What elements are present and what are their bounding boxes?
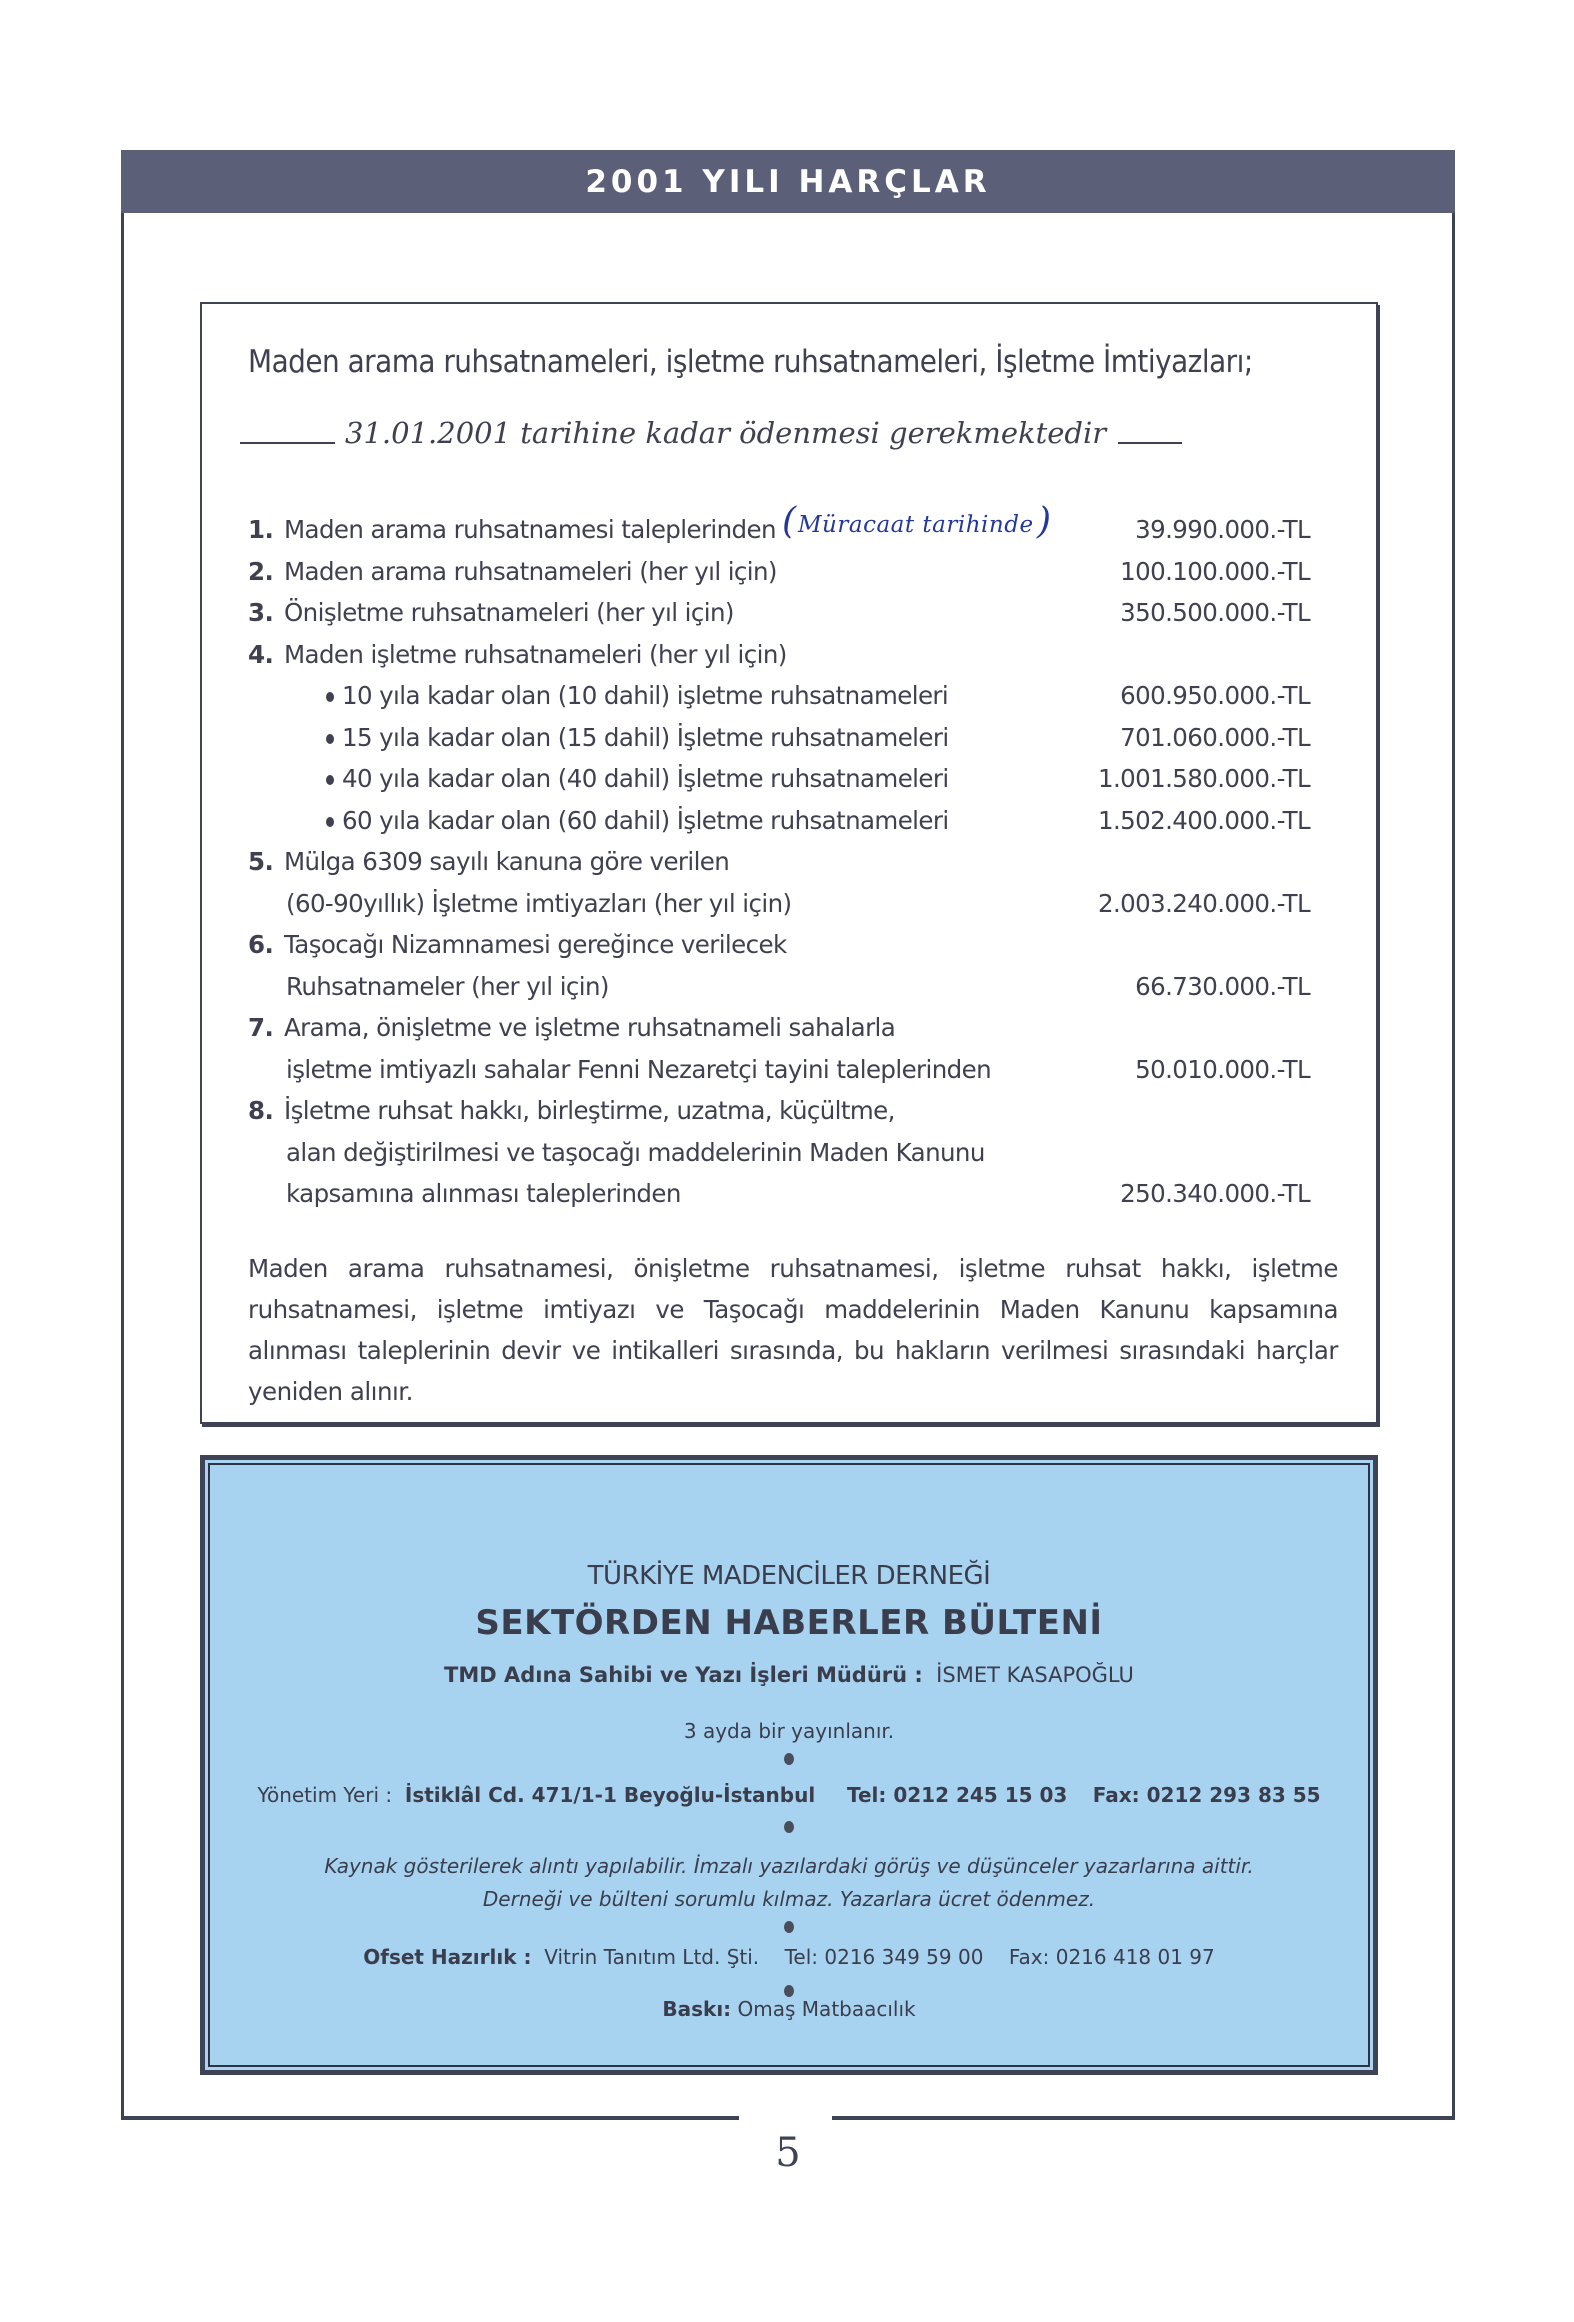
page-title: 2001 YILI HARÇLAR (585, 164, 990, 200)
address-tel: Tel: 0212 245 15 03 (847, 1783, 1067, 1807)
print-company: Omaş Matbaacılık (738, 1997, 916, 2021)
fee-number: 4. (248, 634, 284, 676)
publication-frequency: 3 ayda bir yayınlanır. (210, 1719, 1368, 1743)
fee-amount: 50.010.000.-TL (1135, 1049, 1310, 1091)
footer-rule-left (121, 2116, 739, 2120)
fee-label-text: 10 yıla kadar olan (10 dahil) işletme ru… (342, 681, 948, 710)
fee-label: Önişletme ruhsatnameleri (her yıl için) (284, 592, 734, 634)
bullet-icon (326, 817, 334, 827)
colophon-content: TÜRKİYE MADENCİLER DERNEĞİ SEKTÖRDEN HAB… (208, 1463, 1370, 2067)
colophon-border-gap: TÜRKİYE MADENCİLER DERNEĞİ SEKTÖRDEN HAB… (205, 1460, 1373, 2070)
fee-label: 40 yıla kadar olan (40 dahil) İşletme ru… (248, 758, 949, 800)
fee-number: 6. (248, 924, 284, 966)
offset-label: Ofset Hazırlık : (363, 1945, 531, 1969)
fee-row: işletme imtiyazlı sahalar Fenni Nezaretç… (248, 1049, 1348, 1091)
fee-row: 7.Arama, önişletme ve işletme ruhsatname… (248, 1007, 1348, 1049)
fee-amount: 250.340.000.-TL (1120, 1173, 1310, 1215)
owner-label: TMD Adına Sahibi ve Yazı İşleri Müdürü : (444, 1663, 923, 1687)
association-name: TÜRKİYE MADENCİLER DERNEĞİ (210, 1561, 1368, 1591)
fee-label-text: 15 yıla kadar olan (15 dahil) İşletme ru… (342, 723, 949, 752)
fee-row: 10 yıla kadar olan (10 dahil) işletme ru… (248, 675, 1348, 717)
separator-dot-icon (784, 1821, 794, 1833)
fee-row: 40 yıla kadar olan (40 dahil) İşletme ru… (248, 758, 1348, 800)
fees-intro: Maden arama ruhsatnameleri, işletme ruhs… (248, 344, 1253, 380)
deadline-text: 31.01.2001 tarihine kadar ödenmesi gerek… (345, 416, 1106, 450)
owner-line: TMD Adına Sahibi ve Yazı İşleri Müdürü :… (210, 1663, 1368, 1687)
disclaimer: Kaynak gösterilerek alıntı yapılabilir. … (210, 1850, 1368, 1916)
address-line: Yönetim Yeri : İstiklâl Cd. 471/1-1 Beyo… (210, 1783, 1368, 1807)
page-number: 5 (760, 2130, 816, 2176)
fee-row: 3.Önişletme ruhsatnameleri (her yıl için… (248, 592, 1348, 634)
fee-amount: 39.990.000.-TL (1135, 509, 1310, 551)
header-bar: 2001 YILI HARÇLAR (121, 150, 1455, 213)
deadline-rule-left (240, 442, 335, 444)
print-label: Baskı: (662, 1997, 731, 2021)
fee-label: Ruhsatnameler (her yıl için) (248, 966, 609, 1008)
deadline-rule-right (1118, 442, 1182, 444)
bullet-icon (326, 692, 334, 702)
address-label: Yönetim Yeri : (257, 1783, 392, 1807)
fee-label: Mülga 6309 sayılı kanuna göre verilen (284, 841, 729, 883)
fee-amount: 2.003.240.000.-TL (1098, 883, 1310, 925)
fee-row: 60 yıla kadar olan (60 dahil) İşletme ru… (248, 800, 1348, 842)
fee-amount: 600.950.000.-TL (1120, 675, 1310, 717)
fee-row: 1.Maden arama ruhsatnamesi taleplerinden… (248, 509, 1348, 551)
fee-label: Maden işletme ruhsatnameleri (her yıl iç… (284, 634, 787, 676)
fee-amount: 350.500.000.-TL (1120, 592, 1310, 634)
fee-list: 1.Maden arama ruhsatnamesi taleplerinden… (248, 509, 1348, 1215)
fee-amount: 100.100.000.-TL (1120, 551, 1310, 593)
offset-line: Ofset Hazırlık : Vitrin Tanıtım Ltd. Şti… (210, 1945, 1368, 1969)
fee-amount: 1.502.400.000.-TL (1098, 800, 1310, 842)
fees-box: Maden arama ruhsatnameleri, işletme ruhs… (200, 302, 1378, 1424)
fee-label: İşletme ruhsat hakkı, birleştirme, uzatm… (284, 1090, 895, 1132)
fee-label-text: 40 yıla kadar olan (40 dahil) İşletme ru… (342, 764, 949, 793)
fee-label-text: 60 yıla kadar olan (60 dahil) İşletme ru… (342, 806, 949, 835)
print-line: Baskı: Omaş Matbaacılık (210, 1997, 1368, 2021)
fee-row: kapsamına alınması taleplerinden 250.340… (248, 1173, 1348, 1215)
separator-dot-icon (784, 1753, 794, 1765)
fee-number: 2. (248, 551, 284, 593)
fee-label: (60-90yıllık) İşletme imtiyazları (her y… (248, 883, 791, 925)
separator-dot-icon (784, 1921, 794, 1933)
fee-number: 8. (248, 1090, 284, 1132)
fee-label: Arama, önişletme ve işletme ruhsatnameli… (284, 1007, 895, 1049)
fee-row: 15 yıla kadar olan (15 dahil) İşletme ru… (248, 717, 1348, 759)
colophon-box: TÜRKİYE MADENCİLER DERNEĞİ SEKTÖRDEN HAB… (200, 1455, 1378, 2075)
owner-name: İSMET KASAPOĞLU (936, 1663, 1134, 1687)
fee-label: 15 yıla kadar olan (15 dahil) İşletme ru… (248, 717, 949, 759)
fee-label: Maden arama ruhsatnameleri (her yıl için… (284, 551, 777, 593)
separator-dot-icon (784, 1985, 794, 1997)
fee-number: 5. (248, 841, 284, 883)
fee-number: 3. (248, 592, 284, 634)
bulletin-title: SEKTÖRDEN HABERLER BÜLTENİ (210, 1603, 1368, 1643)
address-fax: Fax: 0212 293 83 55 (1093, 1783, 1321, 1807)
fee-amount: 701.060.000.-TL (1120, 717, 1310, 759)
handwritten-note: Müracaat tarihinde (798, 505, 1034, 547)
fee-row: (60-90yıllık) İşletme imtiyazları (her y… (248, 883, 1348, 925)
fee-row: 6.Taşocağı Nizamnamesi gereğince verilec… (248, 924, 1348, 966)
fees-note: Maden arama ruhsatnamesi, önişletme ruhs… (248, 1248, 1338, 1412)
fee-label: Taşocağı Nizamnamesi gereğince verilecek (284, 924, 787, 966)
fee-row: 8.İşletme ruhsat hakkı, birleştirme, uza… (248, 1090, 1348, 1132)
fee-label: kapsamına alınması taleplerinden (248, 1173, 681, 1215)
offset-tel: Tel: 0216 349 59 00 (785, 1945, 984, 1969)
fee-row: 2.Maden arama ruhsatnameleri (her yıl iç… (248, 551, 1348, 593)
disclaimer-line-1: Kaynak gösterilerek alıntı yapılabilir. … (210, 1850, 1368, 1883)
fees-deadline: 31.01.2001 tarihine kadar ödenmesi gerek… (240, 416, 1340, 450)
offset-fax: Fax: 0216 418 01 97 (1009, 1945, 1215, 1969)
fee-number: 1. (248, 509, 284, 551)
fee-label: 10 yıla kadar olan (10 dahil) işletme ru… (248, 675, 948, 717)
offset-company: Vitrin Tanıtım Ltd. Şti. (544, 1945, 759, 1969)
fee-label: 60 yıla kadar olan (60 dahil) İşletme ru… (248, 800, 949, 842)
disclaimer-line-2: Derneği ve bülteni sorumlu kılmaz. Yazar… (210, 1883, 1368, 1916)
fee-label: Maden arama ruhsatnamesi taleplerinden (284, 509, 776, 551)
fee-row: 5.Mülga 6309 sayılı kanuna göre verilen (248, 841, 1348, 883)
fee-number: 7. (248, 1007, 284, 1049)
fee-label: işletme imtiyazlı sahalar Fenni Nezaretç… (248, 1049, 991, 1091)
fee-amount: 1.001.580.000.-TL (1098, 758, 1310, 800)
fee-row: Ruhsatnameler (her yıl için) 66.730.000.… (248, 966, 1348, 1008)
fee-row: alan değiştirilmesi ve taşocağı maddeler… (248, 1132, 1348, 1174)
fee-label: alan değiştirilmesi ve taşocağı maddeler… (248, 1132, 985, 1174)
bullet-icon (326, 734, 334, 744)
fee-amount: 66.730.000.-TL (1135, 966, 1310, 1008)
fee-row: 4.Maden işletme ruhsatnameleri (her yıl … (248, 634, 1348, 676)
address-value: İstiklâl Cd. 471/1-1 Beyoğlu-İstanbul (405, 1783, 815, 1807)
footer-rule-right (832, 2116, 1455, 2120)
bullet-icon (326, 775, 334, 785)
